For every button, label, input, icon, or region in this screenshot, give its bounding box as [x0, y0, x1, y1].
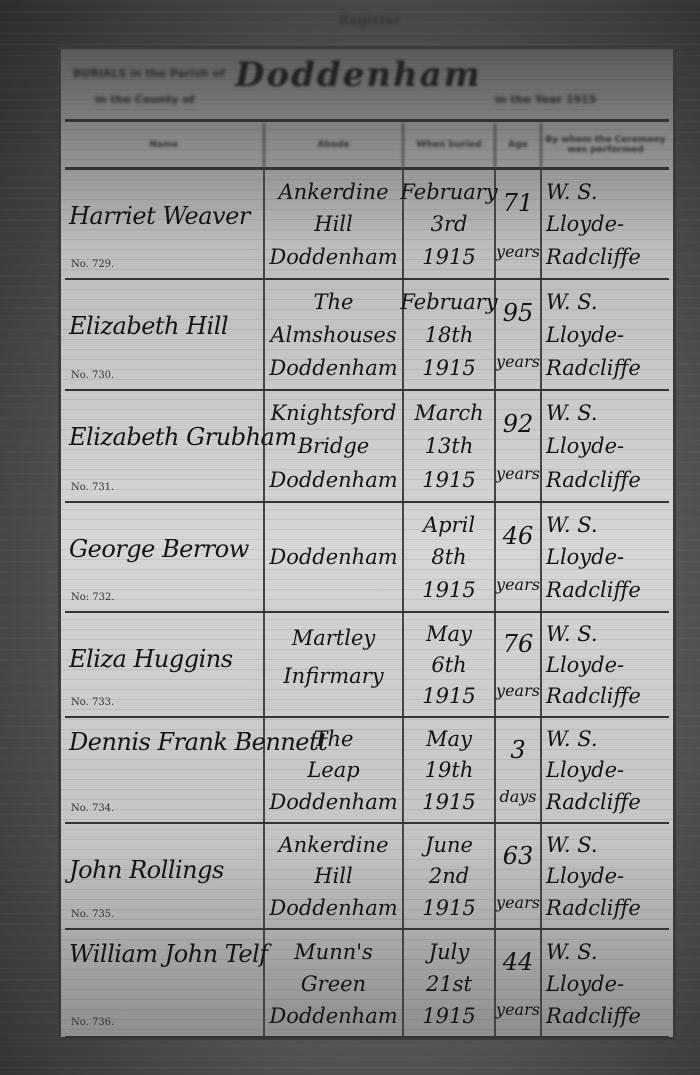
entry-name: Elizabeth Grubham	[69, 423, 297, 451]
entry-name: Elizabeth Hill	[69, 312, 228, 340]
abode-line-3: Doddenham	[269, 898, 397, 919]
age-unit: years	[496, 466, 540, 482]
officiant-initials: W. S.	[546, 835, 598, 856]
entry-number: No. 734.	[71, 803, 114, 814]
officiant-surname-2: Radcliffe	[546, 686, 641, 707]
officiant-initials: W. S.	[546, 729, 598, 750]
cell-name: William John TelfNo. 736.	[65, 930, 265, 1036]
cell-age: 44years	[496, 930, 542, 1036]
burial-year: 1915	[422, 898, 475, 919]
burial-day: 19th	[425, 760, 474, 781]
entry-name: William John Telf	[69, 936, 268, 972]
register-entry: Dennis Frank BennettNo. 734.TheLeapDodde…	[65, 718, 669, 824]
burial-day: 2nd	[429, 866, 469, 887]
burial-year: 1915	[422, 358, 475, 379]
cell-officiant: W. S.Lloyde-Radcliffe	[542, 613, 669, 716]
burial-year: 1915	[422, 1006, 475, 1027]
entry-number: No. 736.	[71, 1017, 114, 1028]
register-entry: Elizabeth HillNo. 730.TheAlmshousesDodde…	[65, 280, 669, 391]
cell-name: Dennis Frank BennettNo. 734.	[65, 718, 265, 822]
cell-age: 76years	[496, 613, 542, 716]
age-value: 95	[503, 301, 534, 325]
cell-abode: AnkerdineHillDoddenham	[265, 824, 404, 928]
burial-day: 18th	[425, 325, 474, 346]
cell-age: 95years	[496, 280, 542, 389]
abode-line-1: Ankerdine	[279, 835, 389, 856]
entry-name: John Rollings	[69, 856, 224, 884]
cell-officiant: W. S.Lloyde-Radcliffe	[542, 824, 669, 928]
officiant-surname-1: Lloyde-	[546, 436, 624, 457]
register-sheet: BURIALS in the Parish of Doddenham in th…	[58, 46, 676, 1040]
age-value: 3	[510, 738, 525, 762]
burial-month: July	[429, 942, 470, 963]
abode-line-2: Almshouses	[270, 325, 396, 346]
entry-number: No. 735.	[71, 909, 114, 920]
cell-abode: Munn'sGreenDoddenham	[265, 930, 404, 1036]
age-value: 92	[503, 412, 534, 436]
age-unit: years	[496, 577, 540, 593]
burial-day: 13th	[425, 436, 474, 457]
cell-abode: TheAlmshousesDoddenham	[265, 280, 404, 389]
entry-number: No: 732.	[71, 592, 115, 603]
age-unit: years	[496, 354, 540, 370]
cell-when-buried: March13th1915	[404, 391, 496, 501]
column-headers: Name Abode When buried Age By whom the C…	[65, 123, 669, 170]
age-unit: years	[496, 683, 540, 699]
cell-name: George BerrowNo: 732.	[65, 503, 265, 611]
register-entry: John RollingsNo. 735.AnkerdineHillDodden…	[65, 824, 669, 930]
cell-age: 46years	[496, 503, 542, 611]
column-header-when-buried: When buried	[404, 123, 496, 167]
cell-age: 92years	[496, 391, 542, 501]
abode-line-1: Knightsford	[270, 403, 396, 424]
age-unit: days	[499, 789, 536, 805]
register-entry: George BerrowNo: 732.DoddenhamApril8th19…	[65, 503, 669, 613]
officiant-initials: W. S.	[546, 403, 598, 424]
cell-name: Elizabeth GrubhamNo. 731.	[65, 391, 265, 501]
abode-line-1: Munn's	[294, 942, 373, 963]
cell-when-buried: July21st1915	[404, 930, 496, 1036]
column-header-age: Age	[496, 123, 542, 167]
burial-year: 1915	[422, 470, 475, 491]
age-unit: years	[496, 1002, 540, 1018]
column-header-abode: Abode	[265, 123, 404, 167]
cell-name: Elizabeth HillNo. 730.	[65, 280, 265, 389]
abode-line-2: Bridge	[298, 436, 370, 457]
cell-when-buried: April8th1915	[404, 503, 496, 611]
abode-line-3: Doddenham	[269, 1006, 397, 1027]
officiant-surname-1: Lloyde-	[546, 325, 624, 346]
age-unit: years	[496, 895, 540, 911]
banner-line-2: in the County of	[95, 93, 195, 106]
cell-when-buried: May19th1915	[404, 718, 496, 822]
age-value: 46	[503, 524, 534, 548]
abode-line-2: Hill	[314, 866, 352, 887]
abode-line-1: The	[314, 729, 354, 750]
abode-line-2: Doddenham	[269, 547, 397, 568]
officiant-initials: W. S.	[546, 942, 598, 963]
cell-abode: AnkerdineHillDoddenham	[265, 170, 404, 278]
cell-age: 3days	[496, 718, 542, 822]
abode-line-1: The	[314, 292, 354, 313]
cell-officiant: W. S.Lloyde-Radcliffe	[542, 503, 669, 611]
abode-line-1: Ankerdine	[279, 182, 389, 203]
age-value: 63	[503, 844, 534, 868]
abode-line-3: Doddenham	[269, 358, 397, 379]
burial-month: June	[425, 835, 473, 856]
entry-number: No. 733.	[71, 697, 114, 708]
officiant-surname-1: Lloyde-	[546, 760, 624, 781]
column-header-name: Name	[65, 123, 265, 167]
page-title: Register	[330, 14, 410, 36]
cell-abode: MartleyInfirmary	[265, 613, 404, 716]
officiant-surname-1: Lloyde-	[546, 866, 624, 887]
age-value: 44	[503, 950, 534, 974]
burial-month: February	[400, 292, 497, 313]
burial-month: February	[400, 182, 497, 203]
officiant-surname-2: Radcliffe	[546, 247, 641, 268]
officiant-initials: W. S.	[546, 182, 598, 203]
officiant-surname-2: Radcliffe	[546, 898, 641, 919]
cell-abode: TheLeapDoddenham	[265, 718, 404, 822]
burial-month: May	[426, 624, 472, 645]
officiant-surname-2: Radcliffe	[546, 470, 641, 491]
entry-name: George Berrow	[69, 535, 249, 563]
burial-day: 8th	[431, 547, 466, 568]
age-value: 71	[503, 191, 534, 215]
cell-when-buried: February3rd1915	[404, 170, 496, 278]
register-entries: Harriet WeaverNo. 729.AnkerdineHillDodde…	[65, 170, 669, 1033]
officiant-initials: W. S.	[546, 292, 598, 313]
officiant-surname-1: Lloyde-	[546, 655, 624, 676]
register-banner: BURIALS in the Parish of Doddenham in th…	[65, 53, 669, 122]
entry-number: No. 731.	[71, 482, 114, 493]
cell-officiant: W. S.Lloyde-Radcliffe	[542, 170, 669, 278]
age-value: 76	[503, 632, 534, 656]
cell-abode: Doddenham	[265, 503, 404, 611]
cell-name: John RollingsNo. 735.	[65, 824, 265, 928]
banner-year: in the Year 1915	[495, 93, 597, 106]
officiant-surname-1: Lloyde-	[546, 547, 624, 568]
column-header-officiant: By whom the Ceremony was performed	[542, 123, 669, 167]
abode-line-2: Infirmary	[283, 666, 383, 687]
entry-number: No. 730.	[71, 370, 114, 381]
burial-year: 1915	[422, 792, 475, 813]
cell-when-buried: May6th1915	[404, 613, 496, 716]
banner-parish: Doddenham	[235, 55, 482, 95]
burial-day: 21st	[426, 974, 472, 995]
cell-name: Harriet WeaverNo. 729.	[65, 170, 265, 278]
cell-officiant: W. S.Lloyde-Radcliffe	[542, 718, 669, 822]
abode-line-2: Leap	[307, 760, 359, 781]
cell-name: Eliza HugginsNo. 733.	[65, 613, 265, 716]
register-entry: William John TelfNo. 736.Munn'sGreenDodd…	[65, 930, 669, 1038]
burial-month: May	[426, 729, 472, 750]
cell-when-buried: February18th1915	[404, 280, 496, 389]
cell-abode: KnightsfordBridgeDoddenham	[265, 391, 404, 501]
cell-age: 63years	[496, 824, 542, 928]
entry-number: No. 729.	[71, 259, 114, 270]
cell-when-buried: June2nd1915	[404, 824, 496, 928]
burial-day: 6th	[431, 655, 466, 676]
officiant-initials: W. S.	[546, 515, 598, 536]
officiant-surname-2: Radcliffe	[546, 358, 641, 379]
abode-line-2: Green	[301, 974, 366, 995]
burial-year: 1915	[422, 686, 475, 707]
banner-line-1: BURIALS in the Parish of	[73, 67, 225, 80]
officiant-surname-2: Radcliffe	[546, 1006, 641, 1027]
burial-day: 3rd	[431, 214, 468, 235]
abode-line-2: Hill	[314, 214, 352, 235]
entry-name: Eliza Huggins	[69, 645, 233, 673]
cell-age: 71years	[496, 170, 542, 278]
cell-officiant: W. S.Lloyde-Radcliffe	[542, 280, 669, 389]
abode-line-3: Doddenham	[269, 470, 397, 491]
cell-officiant: W. S.Lloyde-Radcliffe	[542, 930, 669, 1036]
burial-month: March	[414, 403, 483, 424]
officiant-surname-2: Radcliffe	[546, 792, 641, 813]
burial-month: April	[423, 515, 475, 536]
officiant-surname-1: Lloyde-	[546, 214, 624, 235]
officiant-surname-2: Radcliffe	[546, 580, 641, 601]
register-entry: Eliza HugginsNo. 733.MartleyInfirmaryMay…	[65, 613, 669, 718]
abode-line-3: Doddenham	[269, 247, 397, 268]
cell-officiant: W. S.Lloyde-Radcliffe	[542, 391, 669, 501]
abode-line-3: Doddenham	[269, 792, 397, 813]
burial-year: 1915	[422, 580, 475, 601]
abode-line-1: Martley	[292, 628, 376, 649]
burial-year: 1915	[422, 247, 475, 268]
officiant-initials: W. S.	[546, 624, 598, 645]
age-unit: years	[496, 244, 540, 260]
register-entry: Harriet WeaverNo. 729.AnkerdineHillDodde…	[65, 170, 669, 280]
officiant-surname-1: Lloyde-	[546, 974, 624, 995]
register-entry: Elizabeth GrubhamNo. 731.KnightsfordBrid…	[65, 391, 669, 503]
entry-name: Harriet Weaver	[69, 202, 250, 230]
